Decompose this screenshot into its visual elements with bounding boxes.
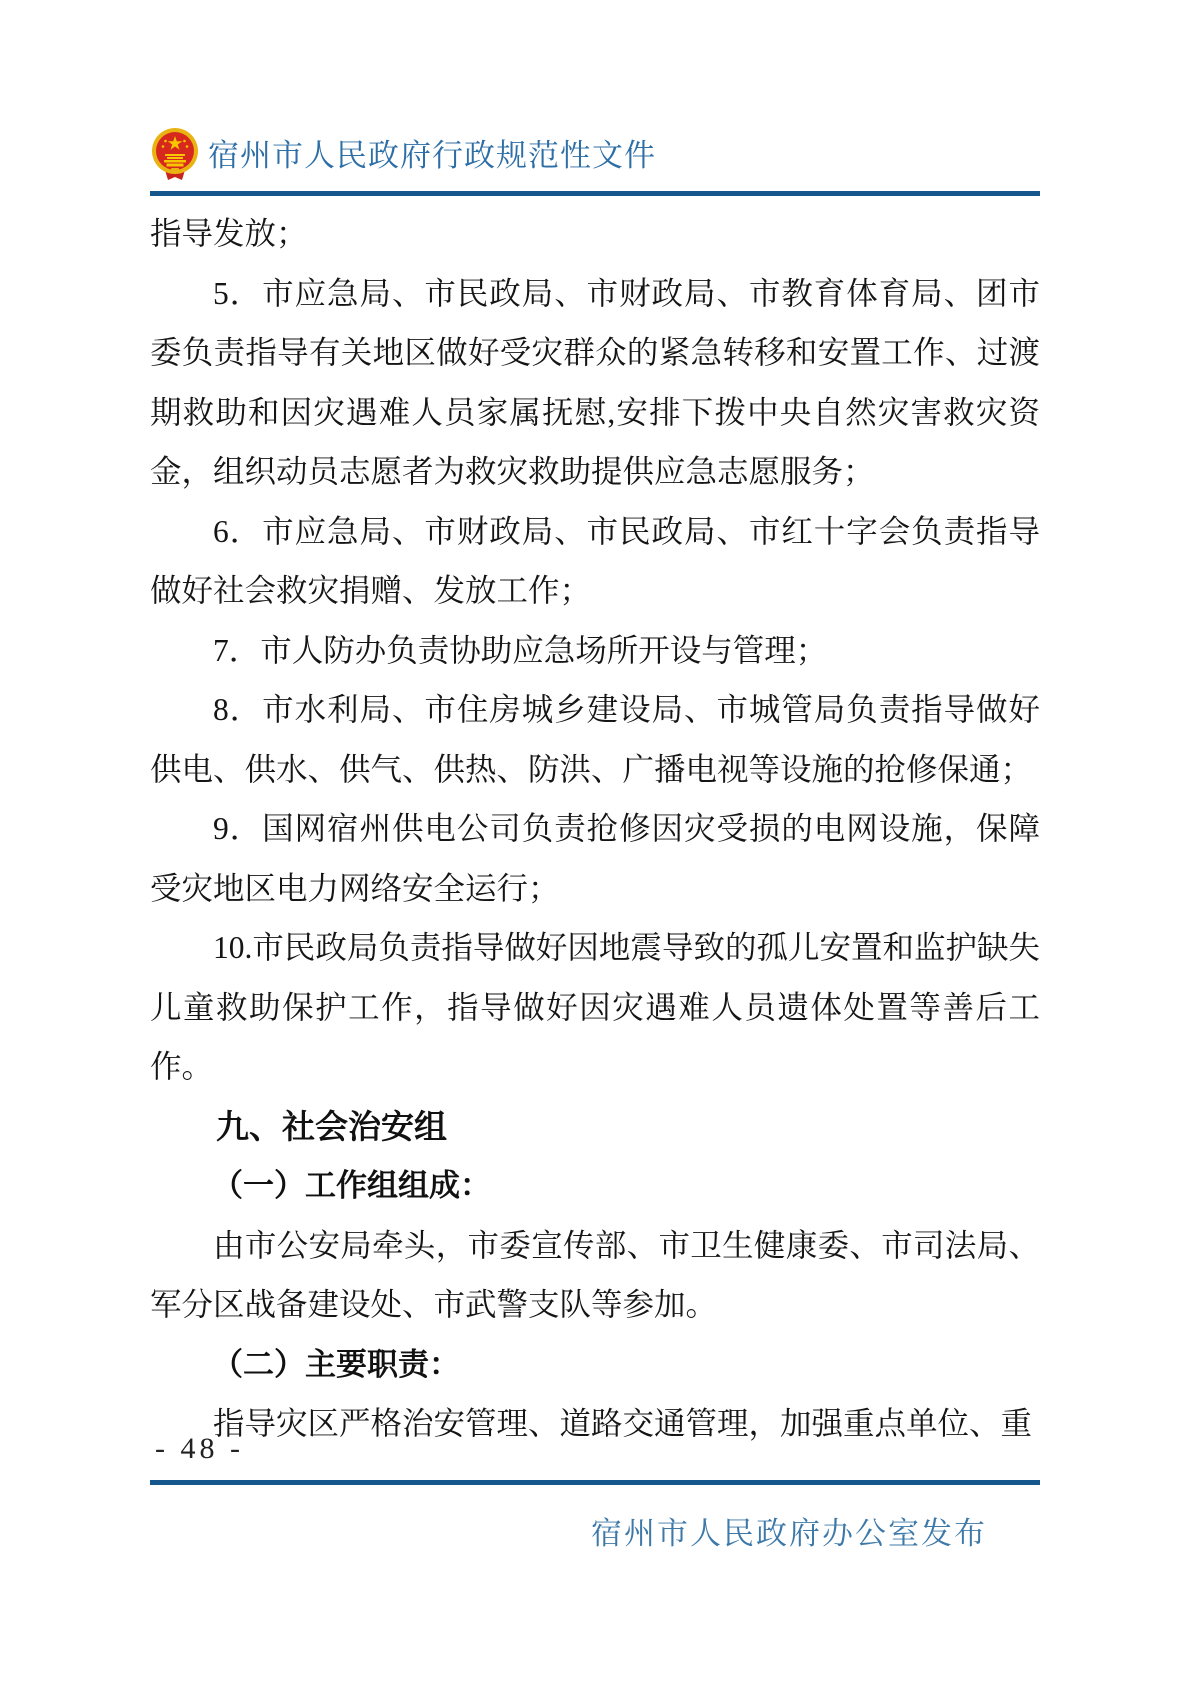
body-paragraph-item-8: 8．市水利局、市住房城乡建设局、市城管局负责指导做好供电、供水、供气、供热、防洪…	[150, 680, 1040, 799]
masthead-title: 宿州市人民政府行政规范性文件	[208, 130, 656, 175]
body-paragraph: 指导灾区严格治安管理、道路交通管理，加强重点单位、重	[150, 1394, 1040, 1454]
sub-heading-2: （二）主要职责：	[150, 1335, 1040, 1395]
national-emblem-icon	[150, 126, 200, 182]
sub-heading-1: （一）工作组组成：	[150, 1156, 1040, 1216]
publisher-line: 宿州市人民政府办公室发布	[150, 1508, 1040, 1553]
body-paragraph: 由市公安局牵头，市委宣传部、市卫生健康委、市司法局、军分区战备建设处、市武警支队…	[150, 1216, 1040, 1335]
masthead: 宿州市人民政府行政规范性文件	[150, 124, 1040, 184]
body-paragraph-item-6: 6．市应急局、市财政局、市民政局、市红十字会负责指导做好社会救灾捐赠、发放工作；	[150, 502, 1040, 621]
document-body: 指导发放； 5．市应急局、市民政局、市财政局、市教育体育局、团市委负责指导有关地…	[150, 204, 1040, 1454]
body-paragraph-item-10: 10.市民政局负责指导做好因地震导致的孤儿安置和监护缺失儿童救助保护工作，指导做…	[150, 918, 1040, 1097]
body-paragraph-item-9: 9．国网宿州供电公司负责抢修因灾受损的电网设施，保障受灾地区电力网络安全运行；	[150, 799, 1040, 918]
header-rule	[150, 191, 1040, 196]
body-paragraph-item-5: 5．市应急局、市民政局、市财政局、市教育体育局、团市委负责指导有关地区做好受灾群…	[150, 264, 1040, 502]
body-paragraph-continuation: 指导发放；	[150, 204, 1040, 264]
section-heading: 九、社会治安组	[150, 1097, 1040, 1157]
page-number: - 48 -	[155, 1432, 244, 1466]
footer-rule	[150, 1480, 1040, 1485]
document-page: 宿州市人民政府行政规范性文件 指导发放； 5．市应急局、市民政局、市财政局、市教…	[0, 0, 1190, 1683]
body-paragraph-item-7: 7．市人防办负责协助应急场所开设与管理；	[150, 621, 1040, 681]
